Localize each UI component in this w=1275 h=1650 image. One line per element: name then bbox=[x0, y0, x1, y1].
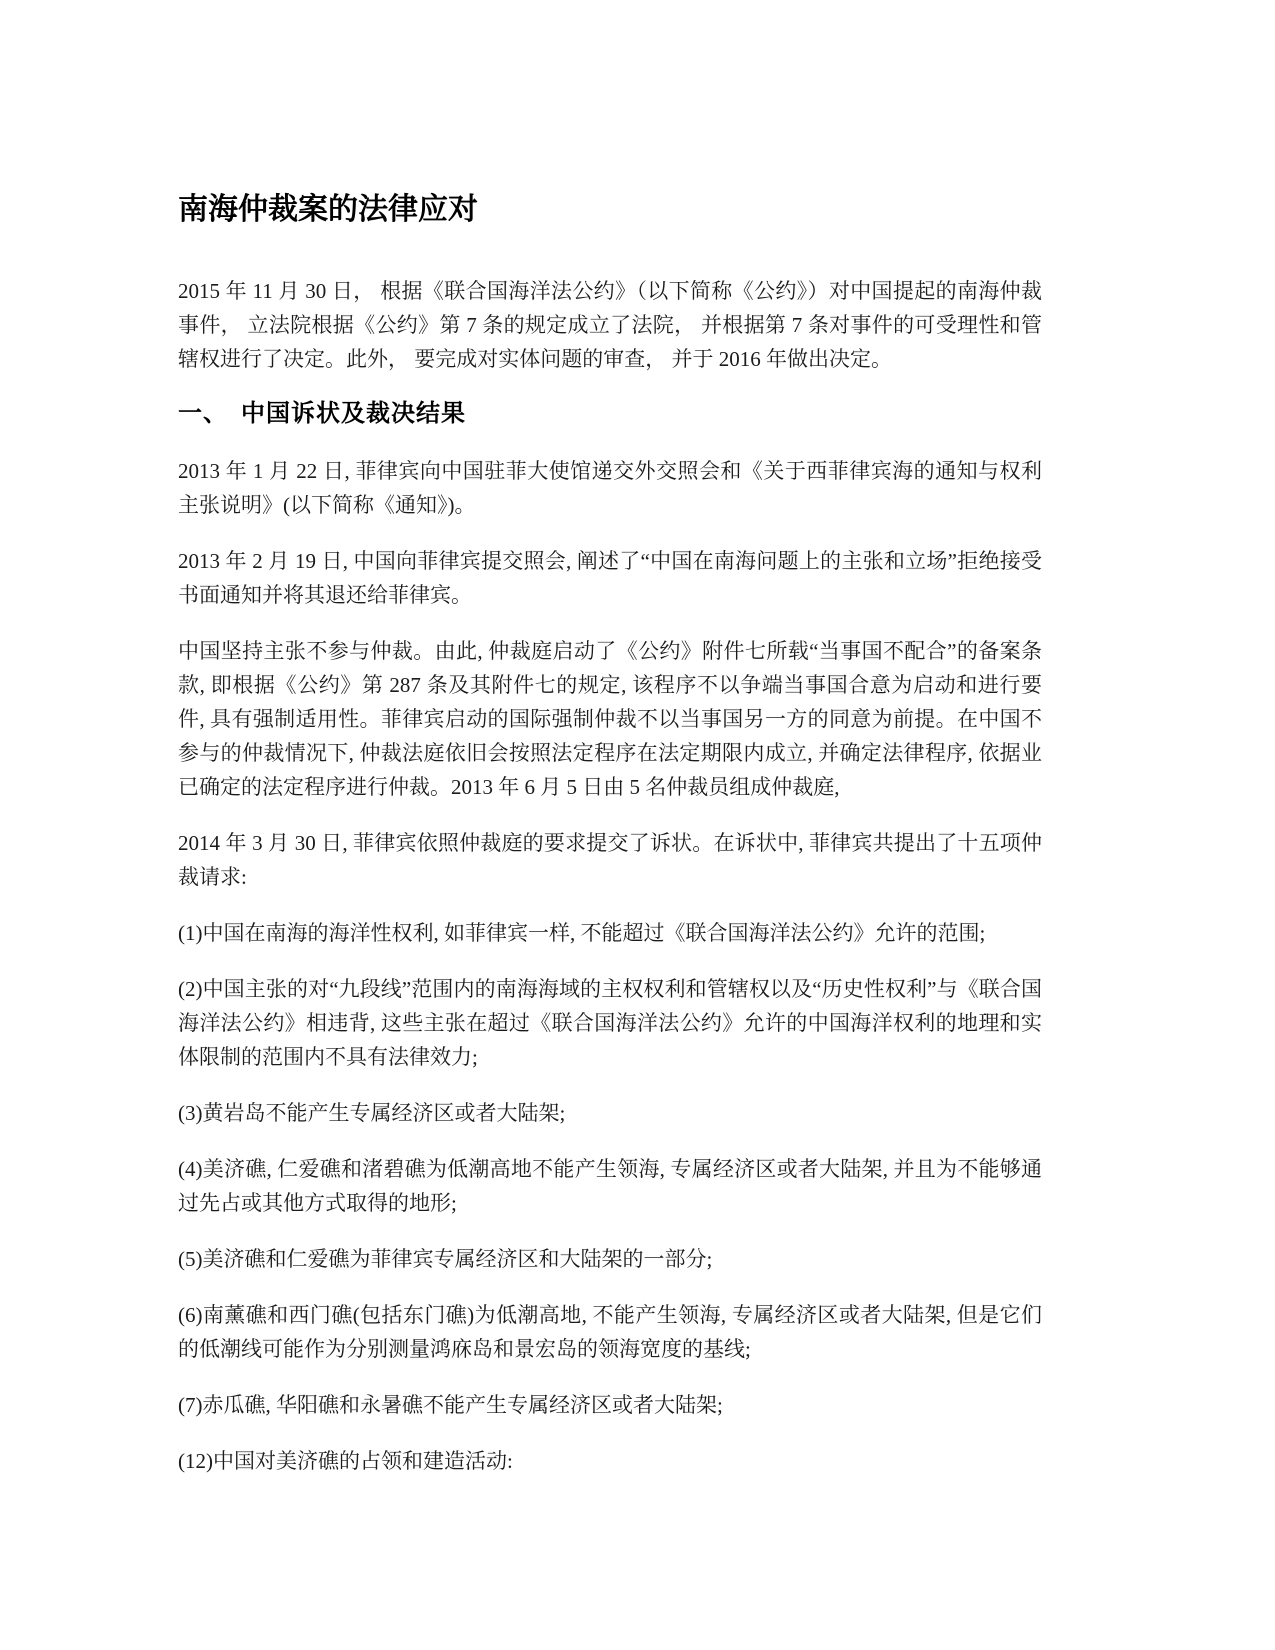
document-page: 南海仲裁案的法律应对 2015 年 11 月 30 日， 根据《联合国海洋法公约… bbox=[0, 0, 1275, 1650]
claim-item-12: (12)中国对美济礁的占领和建造活动: bbox=[178, 1444, 1042, 1478]
paragraph-notification: 2013 年 1 月 22 日, 菲律宾向中国驻菲大使馆递交外交照会和《关于西菲… bbox=[178, 454, 1042, 522]
section-heading: 一、 中国诉状及裁决结果 bbox=[178, 398, 1042, 430]
claim-item-1: (1)中国在南海的海洋性权利, 如菲律宾一样, 不能超过《联合国海洋法公约》允许… bbox=[178, 916, 1042, 950]
paragraph-memorial: 2014 年 3 月 30 日, 菲律宾依照仲裁庭的要求提交了诉状。在诉状中, … bbox=[178, 826, 1042, 894]
claim-item-2: (2)中国主张的对“九段线”范围内的南海海域的主权权利和管辖权以及“历史性权利”… bbox=[178, 972, 1042, 1074]
claim-item-7: (7)赤瓜礁, 华阳礁和永暑礁不能产生专属经济区或者大陆架; bbox=[178, 1388, 1042, 1422]
claim-item-5: (5)美济礁和仁爱礁为菲律宾专属经济区和大陆架的一部分; bbox=[178, 1242, 1042, 1276]
intro-paragraph: 2015 年 11 月 30 日， 根据《联合国海洋法公约》（以下简称《公约》）… bbox=[178, 274, 1042, 376]
claim-item-6: (6)南薰礁和西门礁(包括东门礁)为低潮高地, 不能产生领海, 专属经济区或者大… bbox=[178, 1298, 1042, 1366]
claim-item-4: (4)美济礁, 仁爱礁和渚碧礁为低潮高地不能产生领海, 专属经济区或者大陆架, … bbox=[178, 1152, 1042, 1220]
paragraph-china-note: 2013 年 2 月 19 日, 中国向菲律宾提交照会, 阐述了“中国在南海问题… bbox=[178, 544, 1042, 612]
document-title: 南海仲裁案的法律应对 bbox=[178, 192, 1042, 228]
claim-item-3: (3)黄岩岛不能产生专属经济区或者大陆架; bbox=[178, 1096, 1042, 1130]
paragraph-non-participation: 中国坚持主张不参与仲裁。由此, 仲裁庭启动了《公约》附件七所载“当事国不配合”的… bbox=[178, 634, 1042, 804]
